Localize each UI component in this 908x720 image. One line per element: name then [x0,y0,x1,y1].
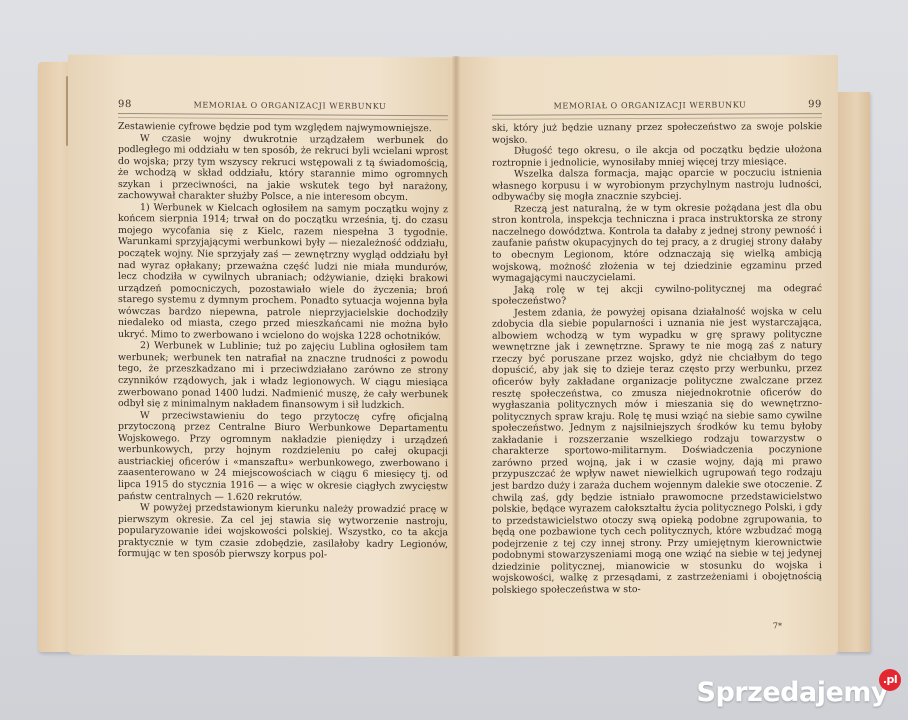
page-number: 98 [118,99,132,110]
paragraph: Wszelka dalsza formacja, mając oparcie w… [492,167,822,203]
paragraph: Jaką rolę w tej akcji cywilno-polityczne… [492,283,822,308]
paragraph: W przeciwstawieniu do tego przytoczę cyf… [118,410,448,505]
paragraph: Jestem zdania, że powyżej opisana działa… [492,306,822,596]
running-head: MEMORIAŁ O ORGANIZACJI WERBUNKU [132,100,448,111]
open-book: 98 MEMORIAŁ O ORGANIZACJI WERBUNKU Zesta… [38,52,870,662]
paragraph: W powyżej przedstawionym kierunku należy… [118,502,448,562]
header-rule [118,113,448,120]
signature-mark: 7* [773,621,782,630]
page-number: 99 [808,99,822,110]
paragraph: 2) Werbunek w Lublinie; tuż po zajęciu L… [118,340,448,412]
paragraph: ski, który już będzie uznany przez społe… [492,121,822,146]
watermark-badge: .pl [879,669,901,691]
right-page: MEMORIAŁ O ORGANIZACJI WERBUNKU 99 ski, … [456,55,838,657]
right-fore-edge [836,92,870,652]
paragraph: Rzeczą jest naturalną, że w tym okresie … [492,202,822,285]
paragraph: 1) Werbunek w Kielcach ogłosiłem na samy… [118,202,448,343]
left-page-header: 98 MEMORIAŁ O ORGANIZACJI WERBUNKU [118,99,448,112]
paragraph: Długość tego okresu, o ile akcja od pocz… [492,144,822,169]
left-page-body: Zestawienie cyfrowe będzie pod tym wzglę… [118,121,448,562]
running-head: MEMORIAŁ O ORGANIZACJI WERBUNKU [492,100,808,111]
paragraph: W czasie wojny dwukrotnie urządzałem wer… [118,133,448,205]
book-gutter [452,56,460,656]
watermark-logo: Sprzedajemy .pl [697,677,888,708]
watermark-text: Sprzedajemy [697,677,888,708]
header-rule [492,113,822,120]
right-page-header: MEMORIAŁ O ORGANIZACJI WERBUNKU 99 [492,99,822,112]
right-page-body: ski, który już będzie uznany przez społe… [492,121,822,596]
left-page: 98 MEMORIAŁ O ORGANIZACJI WERBUNKU Zesta… [68,55,456,658]
